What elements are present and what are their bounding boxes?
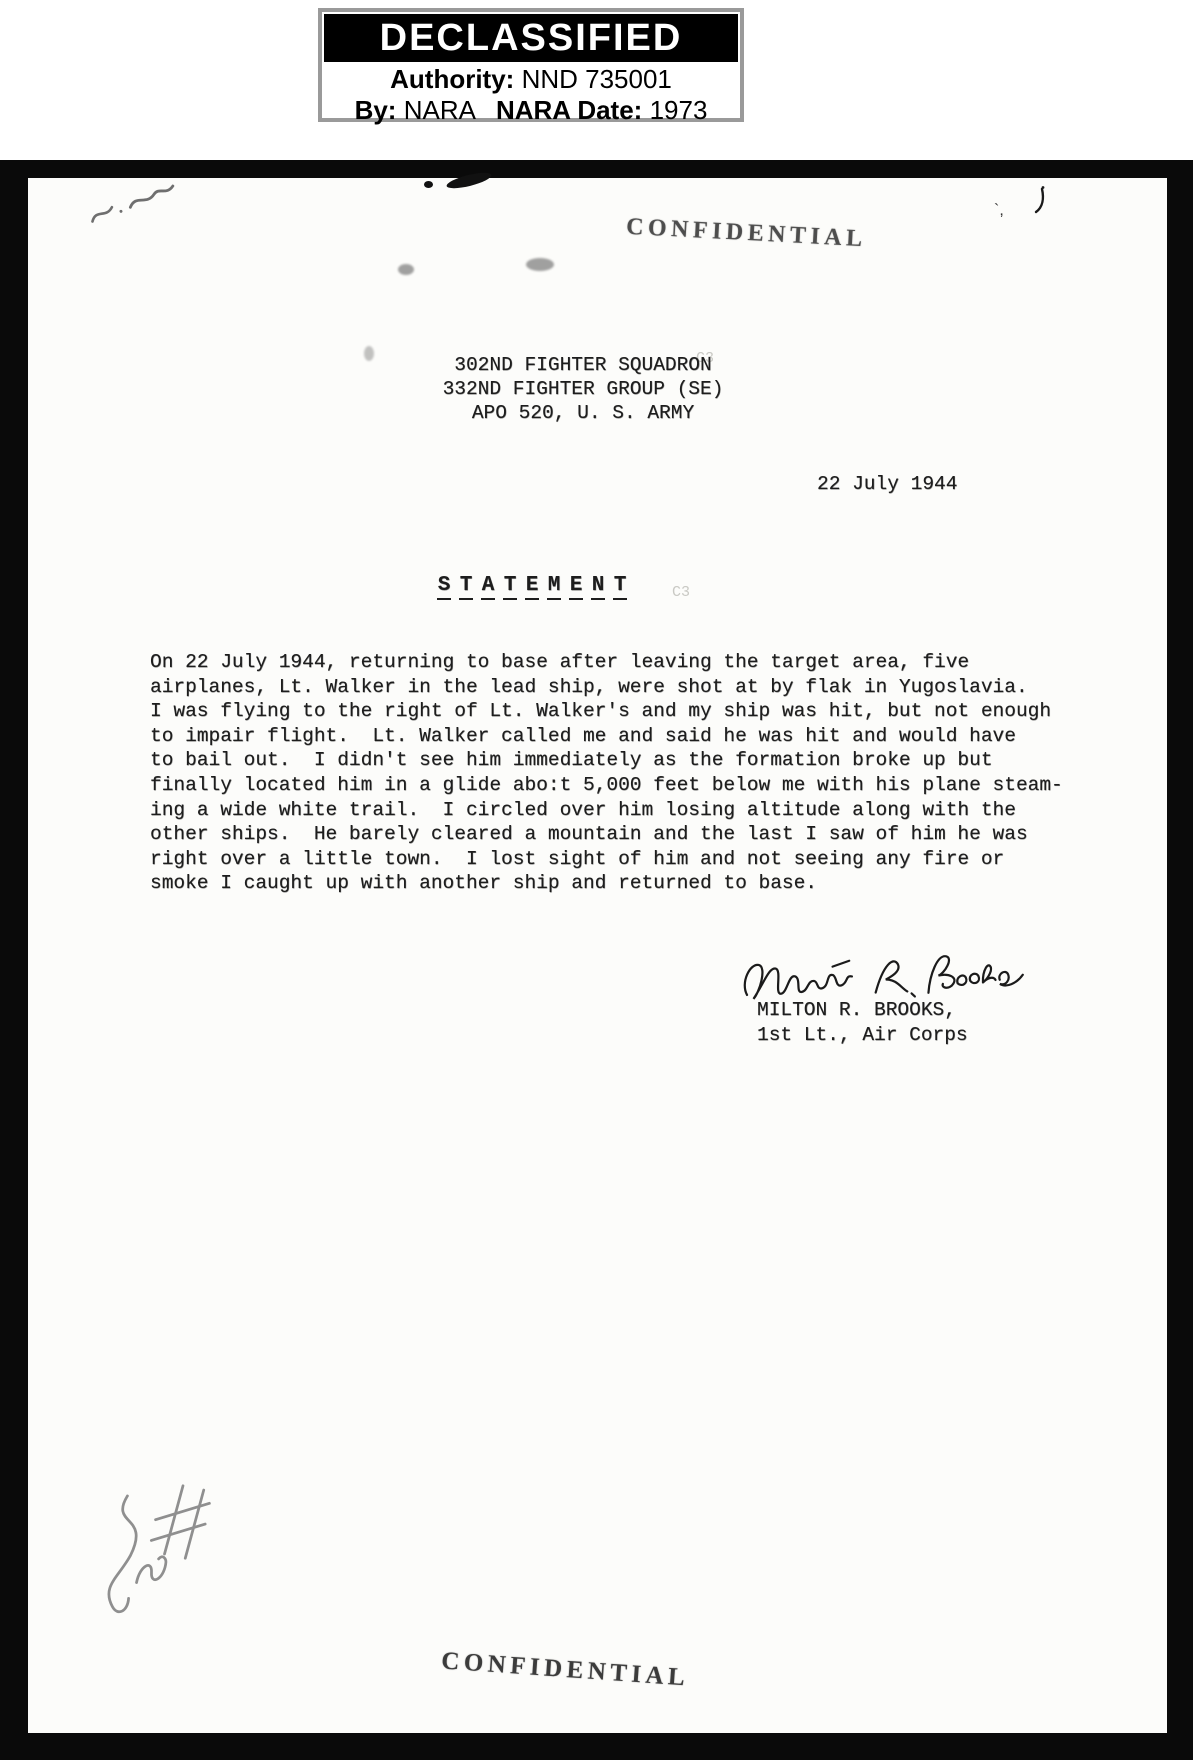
faint-scan-mark: C3 xyxy=(672,584,690,601)
scan-mat: `, CONFIDENTIAL C3 C3 302ND FIGHTER SQUA… xyxy=(0,160,1193,1760)
statement-body: On 22 July 1944, returning to base after… xyxy=(150,650,1100,896)
scanned-document-page: DECLASSIFIED Authority: NND 735001 By: N… xyxy=(0,0,1193,1760)
signature-typed-rank: 1st Lt., Air Corps xyxy=(757,1023,968,1048)
nara-date-value: 1973 xyxy=(650,95,708,125)
paper-smudge xyxy=(526,258,554,271)
signature-typed-name: MILTON R. BROOKS, xyxy=(757,998,968,1023)
ink-mark: `, xyxy=(994,202,1004,220)
unit-letterhead: 302ND FIGHTER SQUADRON332ND FIGHTER GROU… xyxy=(368,353,798,425)
document-paper: `, CONFIDENTIAL C3 C3 302ND FIGHTER SQUA… xyxy=(28,178,1167,1733)
paper-smudge xyxy=(398,264,414,275)
nara-date-label: NARA Date: xyxy=(496,95,642,125)
confidential-stamp-bottom: CONFIDENTIAL xyxy=(440,1647,690,1692)
ink-mark xyxy=(1032,186,1048,216)
signature-block: MILTON R. BROOKS, 1st Lt., Air Corps xyxy=(757,998,968,1047)
document-date: 22 July 1944 xyxy=(817,473,957,495)
authority-value: NND 735001 xyxy=(522,64,672,94)
authority-label: Authority: xyxy=(390,64,514,94)
pencil-scribble xyxy=(83,172,209,236)
authority-line: Authority: NND 735001 xyxy=(322,64,740,95)
declassified-stamp: DECLASSIFIED Authority: NND 735001 By: N… xyxy=(318,8,744,122)
by-line: By: NARANARA Date: 1973 xyxy=(322,95,740,126)
by-value: NARA xyxy=(404,95,476,125)
ink-smudge xyxy=(424,181,433,188)
by-label: By: xyxy=(355,95,397,125)
document-title: STATEMENT xyxy=(437,574,635,600)
handwritten-note xyxy=(62,1462,249,1649)
ink-smudge xyxy=(445,170,492,192)
confidential-stamp-top: CONFIDENTIAL xyxy=(625,214,867,254)
declassified-title: DECLASSIFIED xyxy=(324,14,738,62)
